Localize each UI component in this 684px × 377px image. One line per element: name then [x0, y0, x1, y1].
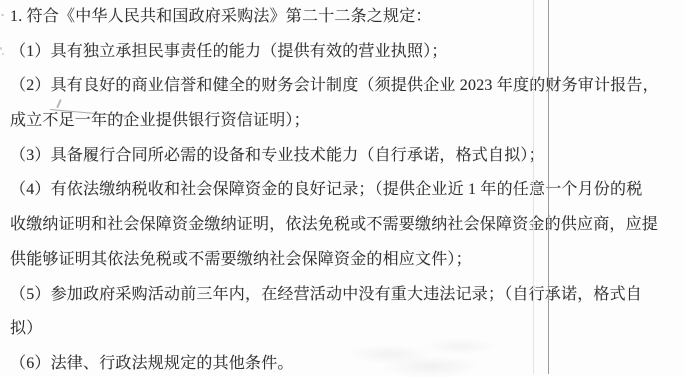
text-line-3: （2）具有良好的商业信誉和健全的财务会计制度（须提供企业 2023 年度的财务审…: [10, 69, 678, 104]
text-line-4: 成立不足一年的企业提供银行资信证明）；: [10, 104, 678, 139]
vertical-crease-line-faint: [533, 0, 534, 374]
scan-speck: [1, 14, 4, 16]
text-line-8: 供能够证明其依法免税或不需要缴纳社会保障资金的相应文件）；: [10, 243, 678, 278]
document-text-block: 1. 符合《中华人民共和国政府采购法》第二十二条之规定：（1）具有独立承担民事责…: [10, 0, 678, 377]
paper-texture-noise: [338, 336, 543, 377]
text-line-1: 1. 符合《中华人民共和国政府采购法》第二十二条之规定：: [10, 0, 678, 35]
text-line-5: （3）具备履行合同所必需的设备和专业技术能力（自行承诺，格式自拟）；: [10, 139, 678, 174]
text-line-2: （1）具有独立承担民事责任的能力（提供有效的营业执照）；: [10, 35, 678, 70]
text-line-9: （5）参加政府采购活动前三年内，在经营活动中没有重大违法记录；（自行承诺，格式自: [10, 278, 678, 313]
text-line-6: （4）有依法缴纳税收和社会保障资金的良好记录；（提供企业近 1 年的任意一个月份…: [10, 173, 678, 208]
text-line-7: 收缴纳证明和社会保障资金缴纳证明，依法免税或不需要缴纳社会保障资金的供应商，应提: [10, 208, 678, 243]
scan-speck: [0, 47, 2, 50]
vertical-crease-line: [548, 0, 549, 374]
scanned-document-page: 1. 符合《中华人民共和国政府采购法》第二十二条之规定：（1）具有独立承担民事责…: [0, 0, 684, 377]
scan-speck: [2, 53, 4, 55]
